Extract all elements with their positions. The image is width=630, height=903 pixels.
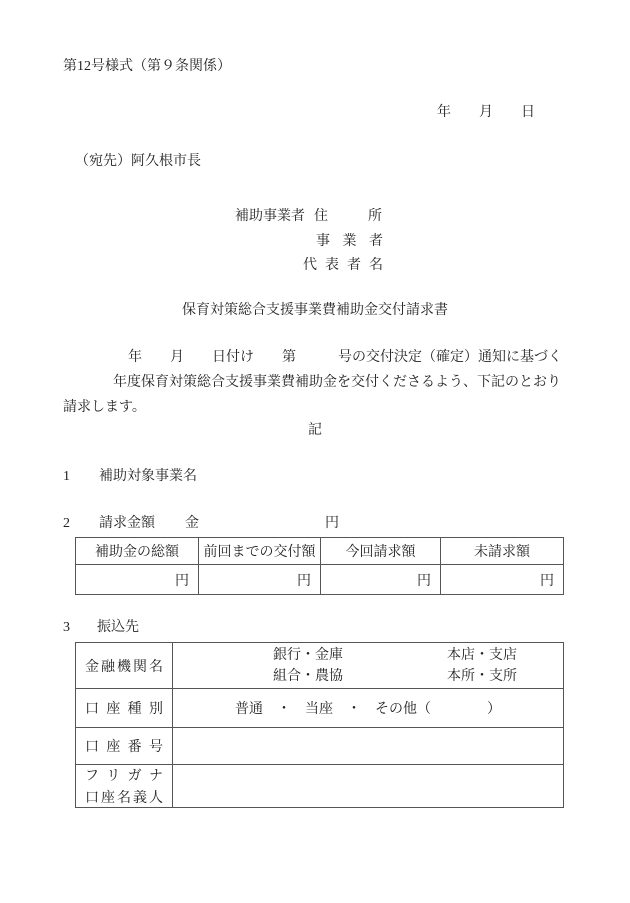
furigana-label: フリガナ: [85, 765, 163, 785]
financial-institution-value-cell: 銀行・金庫 本店・支店 組合・農協 本所・支所: [173, 643, 564, 689]
branch-kind-1: 本店・支店: [447, 645, 517, 666]
financial-institution-label-cell: 金融機関名: [76, 643, 173, 689]
document-title: 保育対策総合支援事業費補助金交付請求書: [0, 303, 630, 319]
financial-institution-row: 金融機関名 銀行・金庫 本店・支店 組合・農協 本所・支所: [76, 643, 564, 689]
account-holder-value-cell: [173, 765, 564, 808]
amount-table: 補助金の総額 前回までの交付額 今回請求額 未請求額 円 円 円 円: [75, 537, 564, 595]
account-type-label-cell: 口座種別: [76, 689, 173, 728]
bank-kind-2: 組合・農協: [273, 666, 343, 687]
account-number-value-cell: [173, 728, 564, 765]
amount-value-unclaimed: 円: [441, 565, 564, 595]
applicant-address-label: 住所: [314, 209, 382, 225]
applicant-business-label: 事業者: [316, 234, 383, 250]
addressee: （宛先）阿久根市長: [75, 154, 201, 170]
account-holder-label: 口座名義人: [85, 787, 163, 807]
section-2-label: 請求金額: [99, 516, 155, 532]
bank-kind-line-1: 銀行・金庫 本店・支店: [173, 645, 563, 666]
section-2-currency-prefix: 金: [185, 516, 199, 532]
form-number: 第12号様式（第９条関係）: [63, 59, 231, 75]
section-2-number: 2: [63, 516, 70, 532]
account-type-row: 口座種別 普通 ・ 当座 ・ その他（ ）: [76, 689, 564, 728]
issue-date-line: 年 月 日: [437, 105, 535, 121]
amount-header-unclaimed: 未請求額: [441, 538, 564, 565]
body-line-1: 年 月 日付け 第 号の交付決定（確定）通知に基づく: [128, 350, 562, 366]
account-holder-label-cell: フリガナ 口座名義人: [76, 765, 173, 808]
section-1-number: 1: [63, 469, 70, 485]
amount-header-previously-paid: 前回までの交付額: [199, 538, 321, 565]
account-number-label-cell: 口座番号: [76, 728, 173, 765]
ki-marker: 記: [0, 423, 630, 439]
amount-header-current-request: 今回請求額: [321, 538, 441, 565]
amount-header-total: 補助金の総額: [76, 538, 199, 565]
section-2-currency-suffix: 円: [325, 516, 339, 532]
bank-kind-line-2: 組合・農協 本所・支所: [173, 666, 563, 687]
section-3-number: 3: [63, 620, 70, 636]
applicant-role-label: 補助事業者: [235, 209, 305, 225]
applicant-representative-label: 代表者名: [303, 258, 383, 274]
account-type-label: 口座種別: [85, 698, 163, 718]
account-holder-row: フリガナ 口座名義人: [76, 765, 564, 808]
amount-table-value-row: 円 円 円 円: [76, 565, 564, 595]
financial-institution-label: 金融機関名: [85, 656, 163, 676]
section-3-label: 振込先: [97, 620, 139, 636]
amount-table-header-row: 補助金の総額 前回までの交付額 今回請求額 未請求額: [76, 538, 564, 565]
bank-kind-1: 銀行・金庫: [273, 645, 343, 666]
bank-table: 金融機関名 銀行・金庫 本店・支店 組合・農協 本所・支所 口座種別 普通 ・ …: [75, 642, 564, 808]
branch-kind-2: 本所・支所: [447, 666, 517, 687]
body-line-3: 請求します。: [63, 400, 146, 416]
amount-value-current-request: 円: [321, 565, 441, 595]
amount-value-total: 円: [76, 565, 199, 595]
account-number-row: 口座番号: [76, 728, 564, 765]
amount-value-previously-paid: 円: [199, 565, 321, 595]
body-line-2: 年度保育対策総合支援事業費補助金を交付くださるよう、下記のとおり: [113, 375, 561, 391]
account-type-options: 普通 ・ 当座 ・ その他（ ）: [173, 689, 564, 728]
section-1-label: 補助対象事業名: [99, 469, 197, 485]
document-page: 第12号様式（第９条関係） 年 月 日 （宛先）阿久根市長 補助事業者 住所 事…: [0, 0, 630, 903]
account-number-label: 口座番号: [85, 736, 163, 756]
